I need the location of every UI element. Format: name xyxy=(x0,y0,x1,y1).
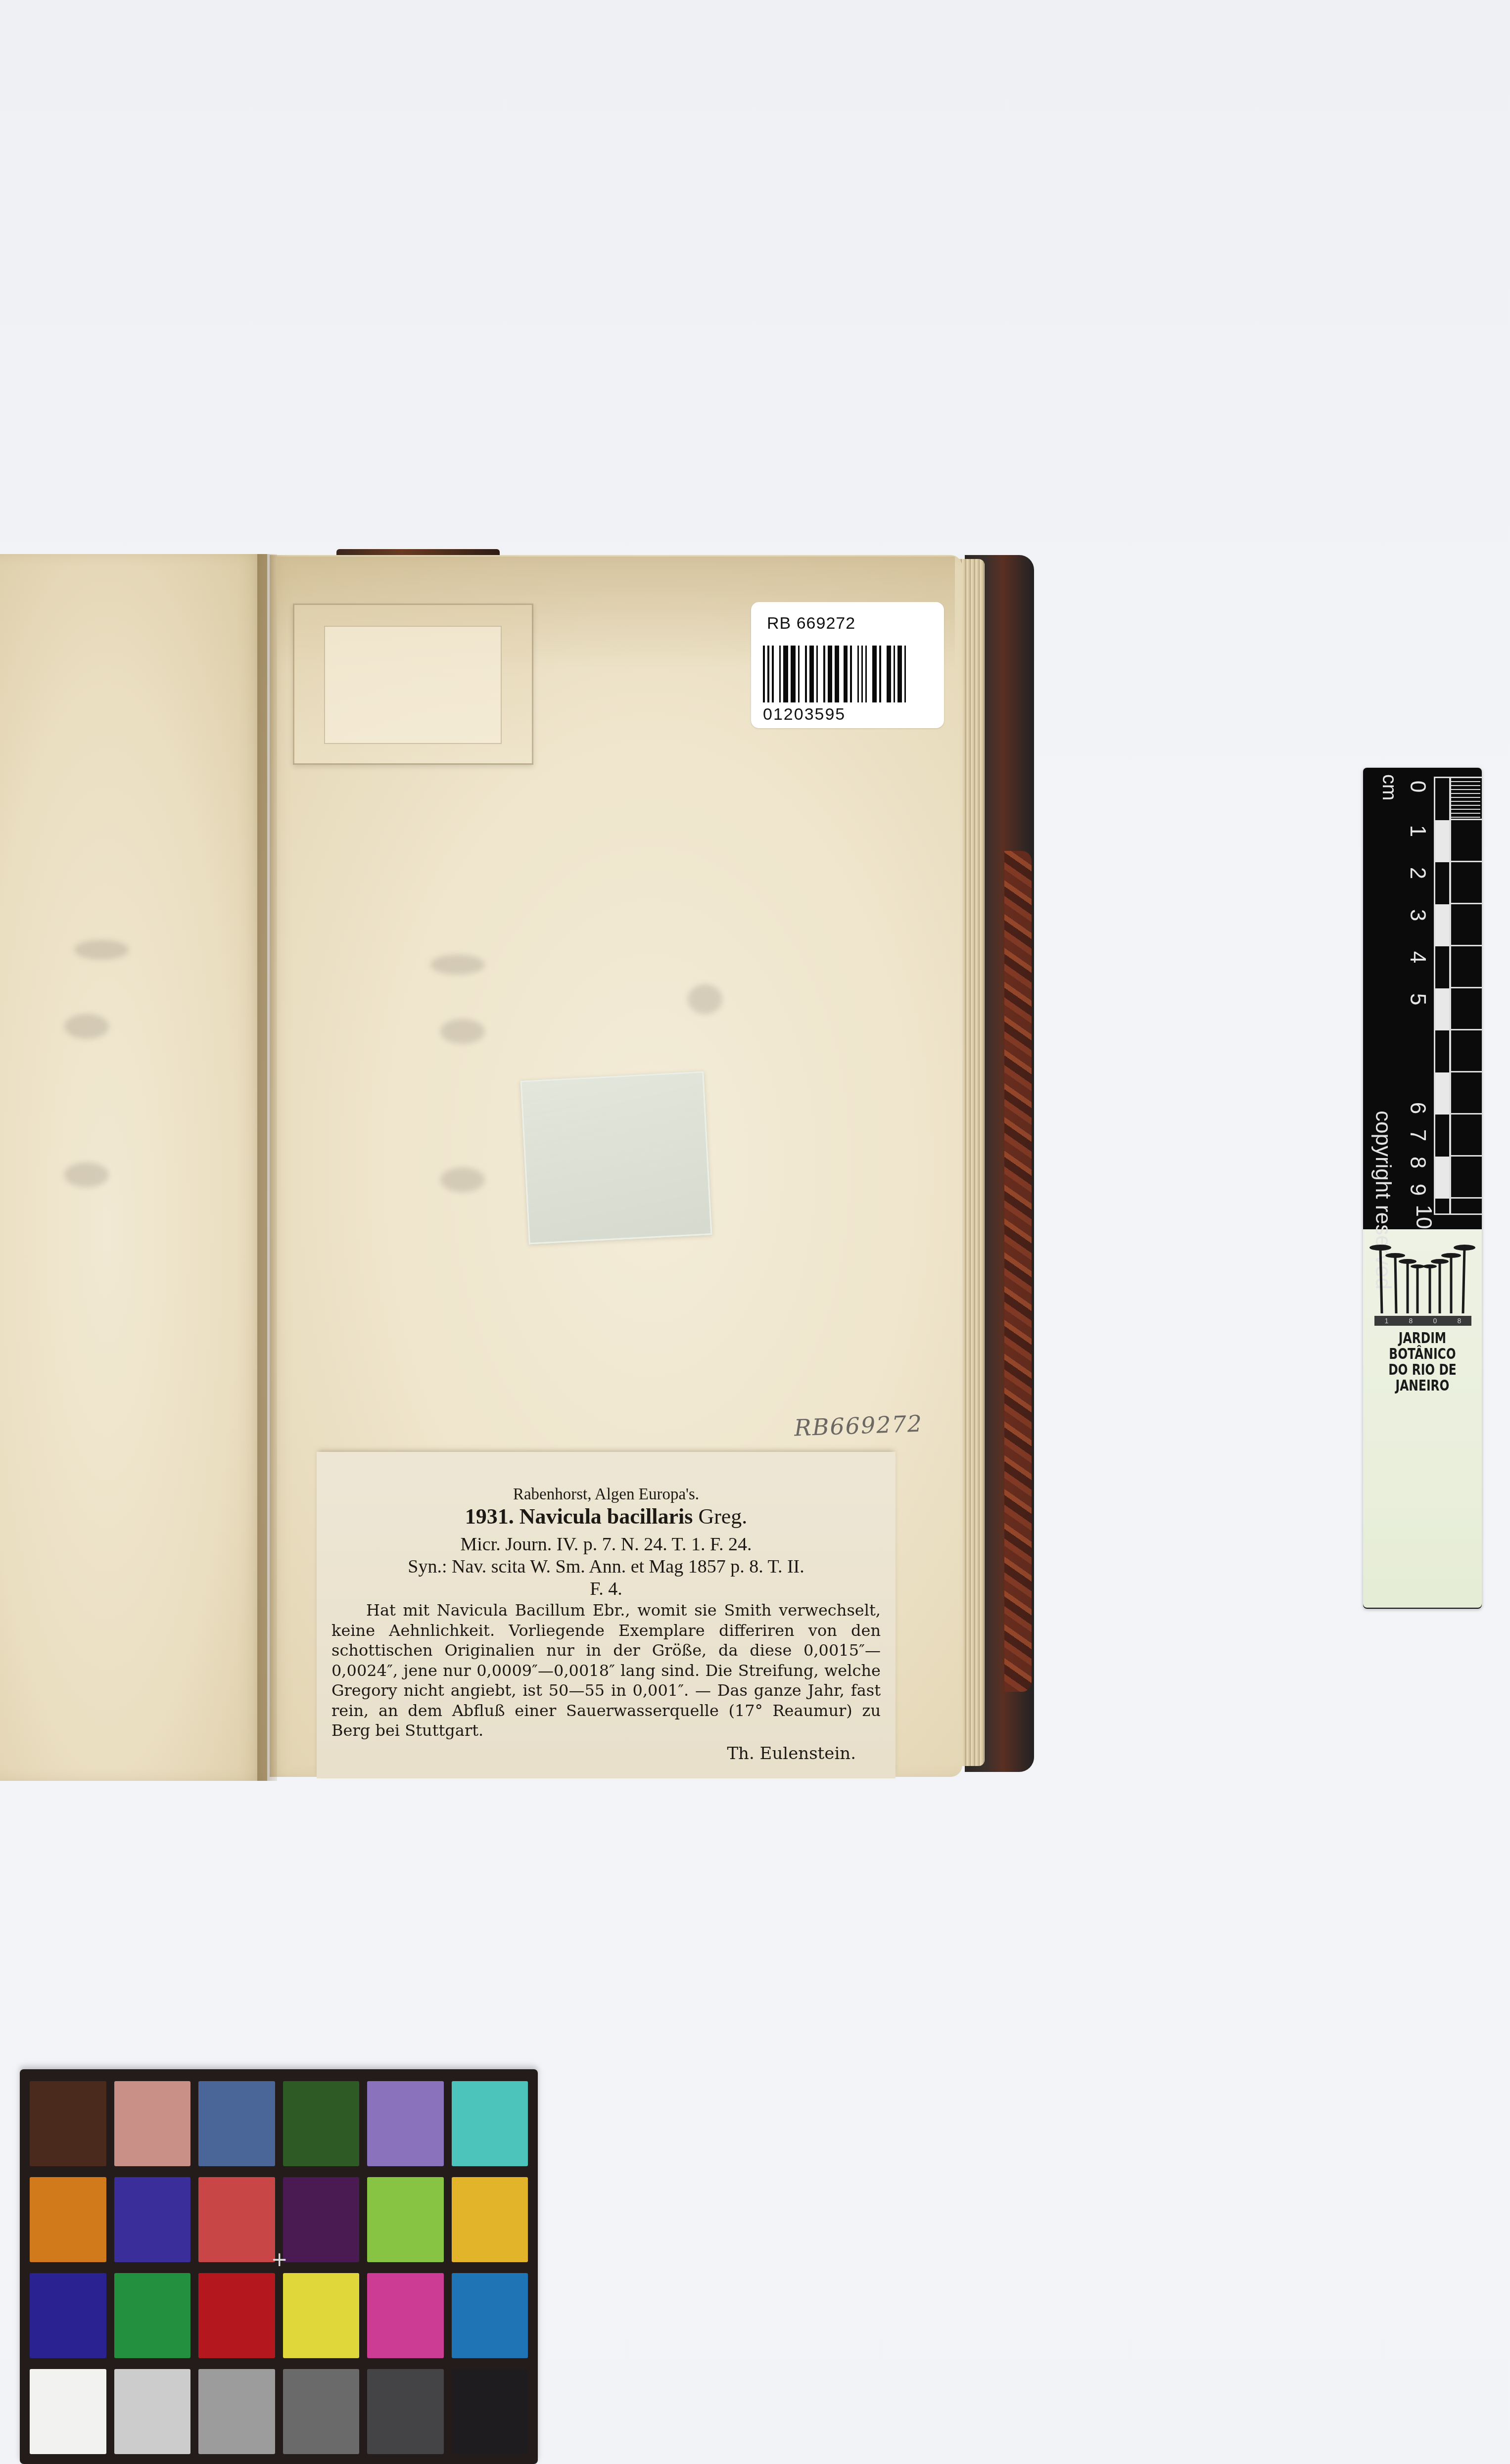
mica-specimen-cover xyxy=(520,1071,712,1245)
taxon-author: Greg. xyxy=(698,1504,747,1529)
color-patch xyxy=(30,2081,106,2166)
scale-tick-label: 2 xyxy=(1405,867,1430,879)
taxon-name: Navicula bacillaris xyxy=(519,1504,693,1529)
color-patch xyxy=(114,2177,191,2262)
catalog-number: RB 669272 xyxy=(767,614,855,633)
color-patch xyxy=(452,2369,528,2454)
palm-trees-logo-icon xyxy=(1368,1242,1477,1316)
scale-tick-label: 3 xyxy=(1405,909,1430,921)
collector-signature: Th. Eulenstein. xyxy=(727,1744,856,1764)
color-patch xyxy=(452,2081,528,2166)
scale-tick-label: 9 xyxy=(1405,1184,1430,1196)
color-patch xyxy=(452,2177,528,2262)
color-patch xyxy=(114,2081,191,2166)
scale-tick-label: 5 xyxy=(1405,993,1430,1005)
paper-pocket-flap xyxy=(324,626,502,744)
scale-tick-label: 4 xyxy=(1405,951,1430,963)
color-patch xyxy=(283,2177,360,2262)
color-patch xyxy=(30,2369,106,2454)
scale-unit: cm xyxy=(1378,774,1400,800)
scale-tick-label: 8 xyxy=(1405,1157,1430,1168)
foxing-mark xyxy=(430,955,485,975)
year-digit: 0 xyxy=(1433,1317,1437,1325)
color-patch xyxy=(283,2273,360,2358)
barcode-number: 01203595 xyxy=(763,705,846,724)
literature-reference: Micr. Journ. IV. p. 7. N. 24. T. 1. F. 2… xyxy=(317,1534,896,1555)
synonym-line: Syn.: Nav. scita W. Sm. Ann. et Mag 1857… xyxy=(331,1556,881,1578)
color-patch xyxy=(114,2369,191,2454)
label-description: Hat mit Navicula Bacillum Ebr., womit si… xyxy=(331,1600,881,1741)
handwritten-accession: RB669272 xyxy=(794,1410,923,1441)
specimen-number: 1931. xyxy=(465,1504,514,1529)
institution-line-1: JARDIM BOTÂNICO xyxy=(1380,1331,1465,1362)
description-text: Hat mit Navicula Bacillum Ebr., womit si… xyxy=(331,1600,881,1741)
color-patch xyxy=(198,2369,275,2454)
foxing-mark xyxy=(64,1014,109,1039)
foxing-mark xyxy=(688,984,722,1014)
color-patch xyxy=(30,2273,106,2358)
specimen-label: Rabenhorst, Algen Europa's. 1931. Navicu… xyxy=(317,1452,896,1778)
color-patch xyxy=(198,2081,275,2166)
foxing-mark xyxy=(440,1019,485,1044)
color-patch xyxy=(283,2081,360,2166)
color-patch xyxy=(367,2177,444,2262)
color-patch xyxy=(283,2369,360,2454)
crosshair-icon: + xyxy=(271,2248,288,2271)
marbled-cover-edge xyxy=(1004,851,1032,1692)
color-patch xyxy=(30,2177,106,2262)
taxon-heading: 1931. Navicula bacillaris Greg. xyxy=(317,1504,896,1529)
color-patch xyxy=(367,2081,444,2166)
scale-tick-label: 1 xyxy=(1405,825,1430,837)
figure-reference: F. 4. xyxy=(317,1578,896,1600)
institution-line-2: DO RIO DE JANEIRO xyxy=(1380,1362,1465,1394)
foxing-mark xyxy=(64,1162,109,1187)
color-patch xyxy=(452,2273,528,2358)
scale-tick-label: 7 xyxy=(1405,1129,1430,1141)
scale-cm-track xyxy=(1450,777,1482,1215)
scale-mm-ticks xyxy=(1451,778,1480,819)
exsiccata-series: Rabenhorst, Algen Europa's. xyxy=(317,1486,896,1504)
scale-alternating-track xyxy=(1434,777,1451,1215)
color-patch xyxy=(367,2369,444,2454)
color-patch xyxy=(367,2273,444,2358)
barcode-icon xyxy=(763,646,934,702)
color-patch xyxy=(114,2273,191,2358)
color-patch xyxy=(198,2177,275,2262)
color-patch xyxy=(198,2273,275,2358)
book-gutter xyxy=(257,554,277,1781)
year-digit: 1 xyxy=(1385,1317,1389,1325)
year-digit: 8 xyxy=(1409,1317,1413,1325)
scale-tick-label: 0 xyxy=(1405,781,1430,792)
barcode-label: RB 669272 01203595 xyxy=(751,602,944,728)
left-page xyxy=(0,554,267,1781)
scale-tick-label: 6 xyxy=(1405,1102,1430,1114)
foxing-mark xyxy=(440,1167,485,1192)
institution-name: JARDIM BOTÂNICO DO RIO DE JANEIRO xyxy=(1380,1331,1465,1394)
foxing-mark xyxy=(74,940,129,960)
logo-year-band: 1 8 0 8 xyxy=(1374,1316,1471,1326)
scale-tick-label: 10 xyxy=(1411,1205,1436,1229)
year-digit: 8 xyxy=(1458,1317,1462,1325)
